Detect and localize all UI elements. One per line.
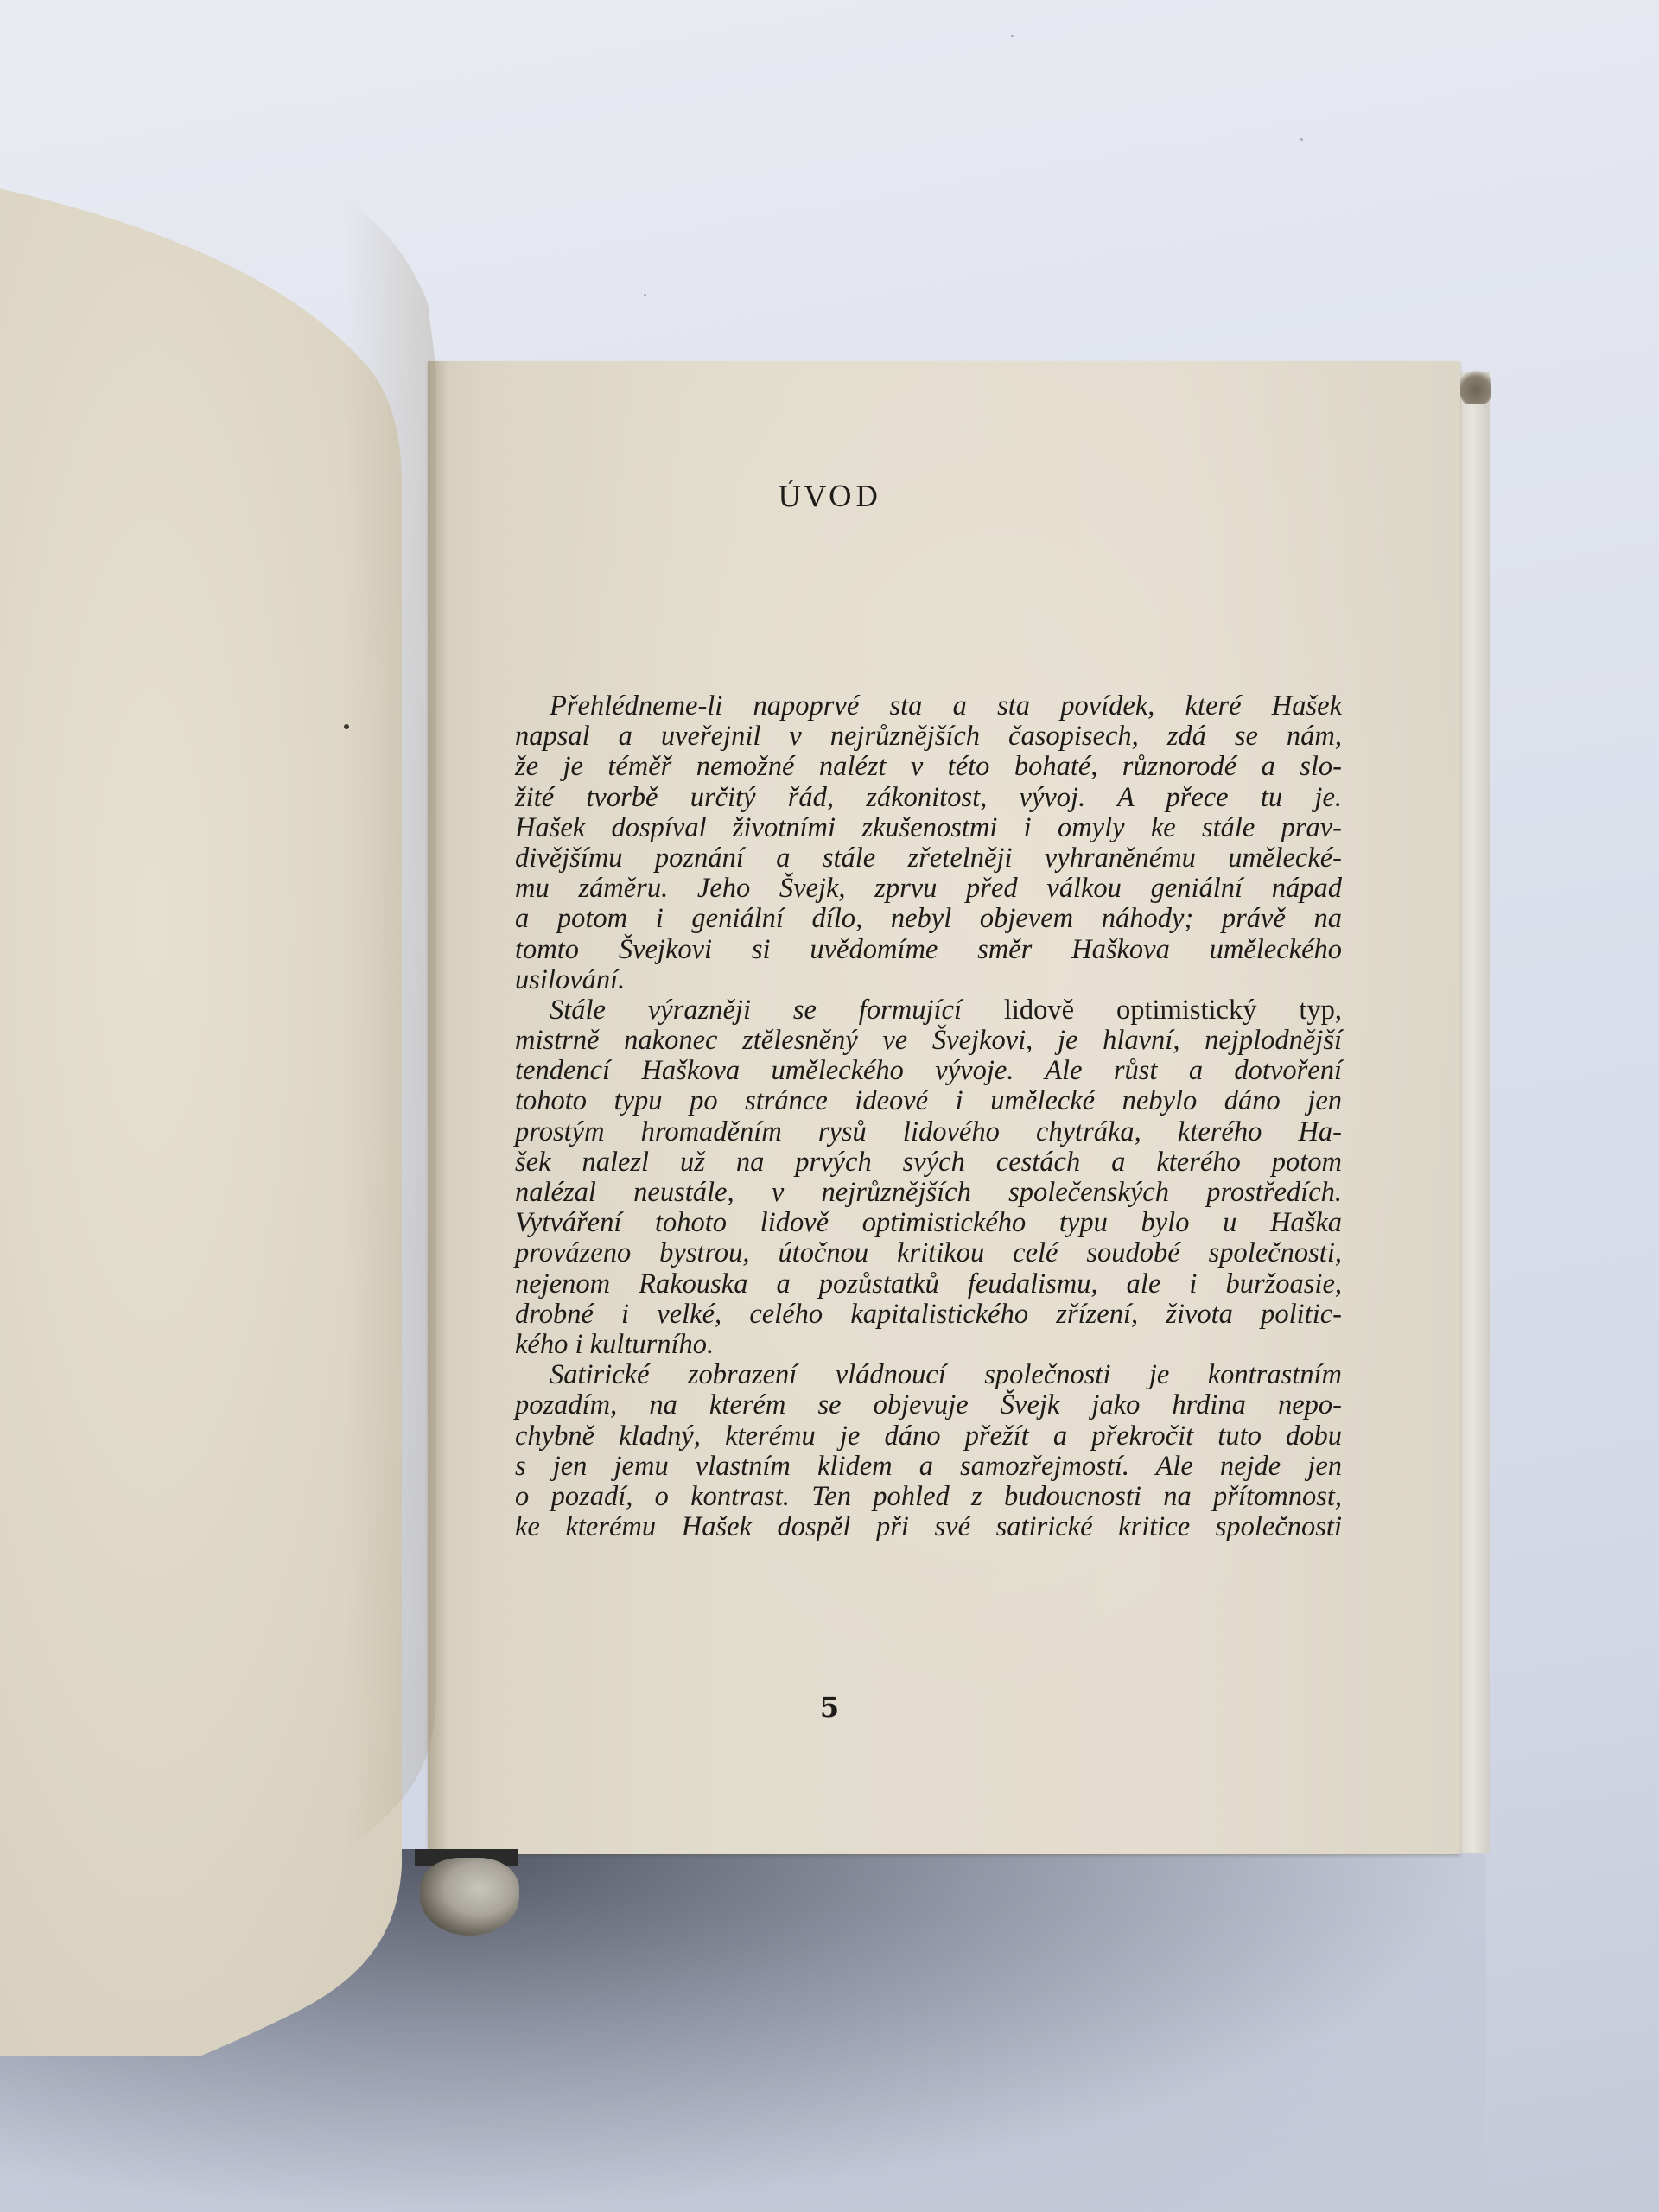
photo-scene: ÚVOD Přehlédneme-li napoprvé sta a sta p… (0, 0, 1659, 2212)
text-line: Satirické zobrazení vládnoucí společnost… (515, 1360, 1342, 1390)
headband (1460, 370, 1491, 404)
text-line: tendencí Haškova uměleckého vývoje. Ale … (515, 1056, 1342, 1086)
text-line: kého i kulturního. (515, 1330, 1342, 1360)
italic-segment: Stále výrazněji se formující (550, 995, 962, 1026)
text-line: chybně kladný, kterému je dáno přežít a … (515, 1421, 1342, 1452)
page-number: 5 (0, 1691, 1659, 1724)
body-text: Přehlédneme-li napoprvé sta a sta povíde… (515, 691, 1342, 1542)
roman-segment: lidově optimistický typ, (1004, 995, 1342, 1026)
paragraph-3: Satirické zobrazení vládnoucí společnost… (515, 1360, 1342, 1542)
text-line: šek nalezl už na prvých svých cestách a … (515, 1147, 1342, 1178)
text-line: mistrně nakonec ztělesněný ve Švejkovi, … (515, 1026, 1342, 1056)
text-line: žité tvorbě určitý řád, zákonitost, vývo… (515, 783, 1342, 813)
text-line: napsal a uveřejnil v nejrůznějších časop… (515, 721, 1342, 752)
text-line: prostým hromaděním rysů lidového chytrák… (515, 1117, 1342, 1147)
binding-thread (420, 1858, 519, 1935)
text-line: tomto Švejkovi si uvědomíme směr Haškova… (515, 935, 1342, 965)
text-line: drobné i velké, celého kapitalistického … (515, 1300, 1342, 1330)
text-line: o pozadí, o kontrast. Ten pohled z budou… (515, 1482, 1342, 1512)
text-line: že je téměř nemožné nalézt v této bohaté… (515, 752, 1342, 782)
text-line: s jen jemu vlastním klidem a samozřejmos… (515, 1452, 1342, 1482)
text-line: provázeno bystrou, útočnou kritikou celé… (515, 1238, 1342, 1268)
text-line: tohoto typu po stránce ideové i umělecké… (515, 1086, 1342, 1116)
text-line: pozadím, na kterém se objevuje Švejk jak… (515, 1390, 1342, 1421)
text-line: mu záměru. Jeho Švejk, zprvu před válkou… (515, 874, 1342, 904)
left-page-mark (344, 724, 349, 729)
book-back-cover-edge (1456, 372, 1490, 1853)
paragraph-2: Stále výrazněji se formující lidově opti… (515, 995, 1342, 1360)
chapter-title: ÚVOD (0, 480, 1659, 513)
left-page (0, 164, 432, 2056)
text-line-mixed: Stále výrazněji se formující lidově opti… (515, 995, 1342, 1026)
text-line: Přehlédneme-li napoprvé sta a sta povíde… (515, 691, 1342, 721)
text-line: a potom i geniální dílo, nebyl objevem n… (515, 904, 1342, 934)
paragraph-1: Přehlédneme-li napoprvé sta a sta povíde… (515, 691, 1342, 995)
text-line: Hašek dospíval životními zkušenostmi i o… (515, 813, 1342, 843)
text-line: nejenom Rakouska a pozůstatků feudalismu… (515, 1269, 1342, 1300)
text-line: nalézal neustále, v nejrůznějších společ… (515, 1178, 1342, 1208)
text-line: Vytváření tohoto lidově optimistického t… (515, 1208, 1342, 1238)
text-line: ke kterému Hašek dospěl při své satirick… (515, 1512, 1342, 1542)
text-line: usilování. (515, 965, 1342, 995)
text-line: divějšímu poznání a stále zřetelněji vyh… (515, 843, 1342, 874)
